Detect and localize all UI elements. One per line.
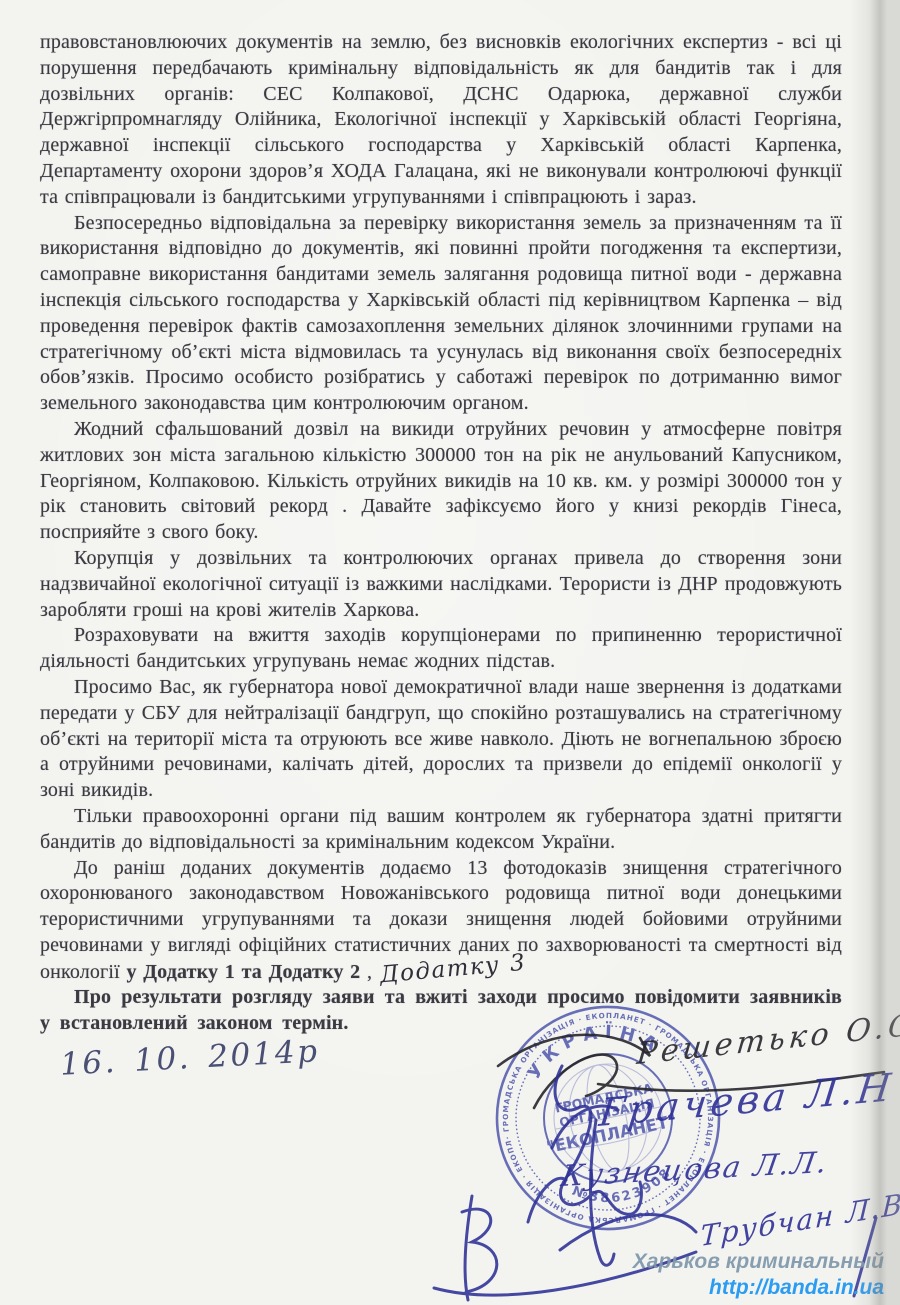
stamp-number: №38623908: [567, 1163, 679, 1215]
signature-trubchan: Трубчан Л.В /: [700, 1184, 900, 1253]
handwritten-date: 16. 10. 2014р: [59, 1033, 320, 1083]
paragraph-6: Просимо Вас, як губернатора нової демокр…: [40, 675, 842, 804]
scanned-document-page: правовстановлюючих документів на землю, …: [0, 0, 900, 1305]
paragraph-1: правовстановлюючих документів на землю, …: [40, 30, 842, 211]
stamp-org-name: "ЕКОПЛАНЕТ": [545, 1111, 679, 1157]
paragraph-9-request: Про результати розгляду заяви та вжиті з…: [40, 985, 842, 1037]
paragraph-4: Корупція у дозвільних та контролюючих ор…: [40, 546, 842, 623]
stamp-globe-icon: [544, 1054, 672, 1182]
stamp-org-line2: ОРГАНІЗАЦІЯ: [558, 1095, 656, 1130]
watermark: Харьков криминальный http://banda.in.ua: [633, 1249, 884, 1301]
watermark-url: http://banda.in.ua: [633, 1275, 884, 1301]
paragraph-5: Розраховувати на вжиття заходів корупціо…: [40, 623, 842, 675]
annex-references-bold: у Додатку 1 та Додатку 2: [126, 961, 360, 983]
handwritten-annex: Додатку 3: [379, 950, 527, 988]
paragraph-8: До раніш доданих документів додаємо 13 ф…: [40, 856, 842, 986]
paragraph-7: Тільки правоохоронні органи під вашим ко…: [40, 804, 842, 856]
paragraph-2: Безпосередньо відповідальна за перевірку…: [40, 211, 842, 417]
signature-strokes-dark: [498, 1035, 884, 1108]
letter-body: правовстановлюючих документів на землю, …: [40, 30, 842, 1037]
page-edge-shadow: [850, 0, 900, 1305]
stamp-org-line1: ГРОМАДСЬКА: [553, 1080, 654, 1115]
paragraph-3: Жодний сфальшований дозвіл на викиди отр…: [40, 417, 842, 546]
watermark-site-name: Харьков криминальный: [633, 1249, 884, 1275]
signature-kuznetsova: Кузнецова Л.Л.: [558, 1145, 831, 1193]
paragraph-8-after: ,: [360, 961, 372, 983]
signature-gracheva: Грачева Л.Н: [596, 1065, 897, 1136]
